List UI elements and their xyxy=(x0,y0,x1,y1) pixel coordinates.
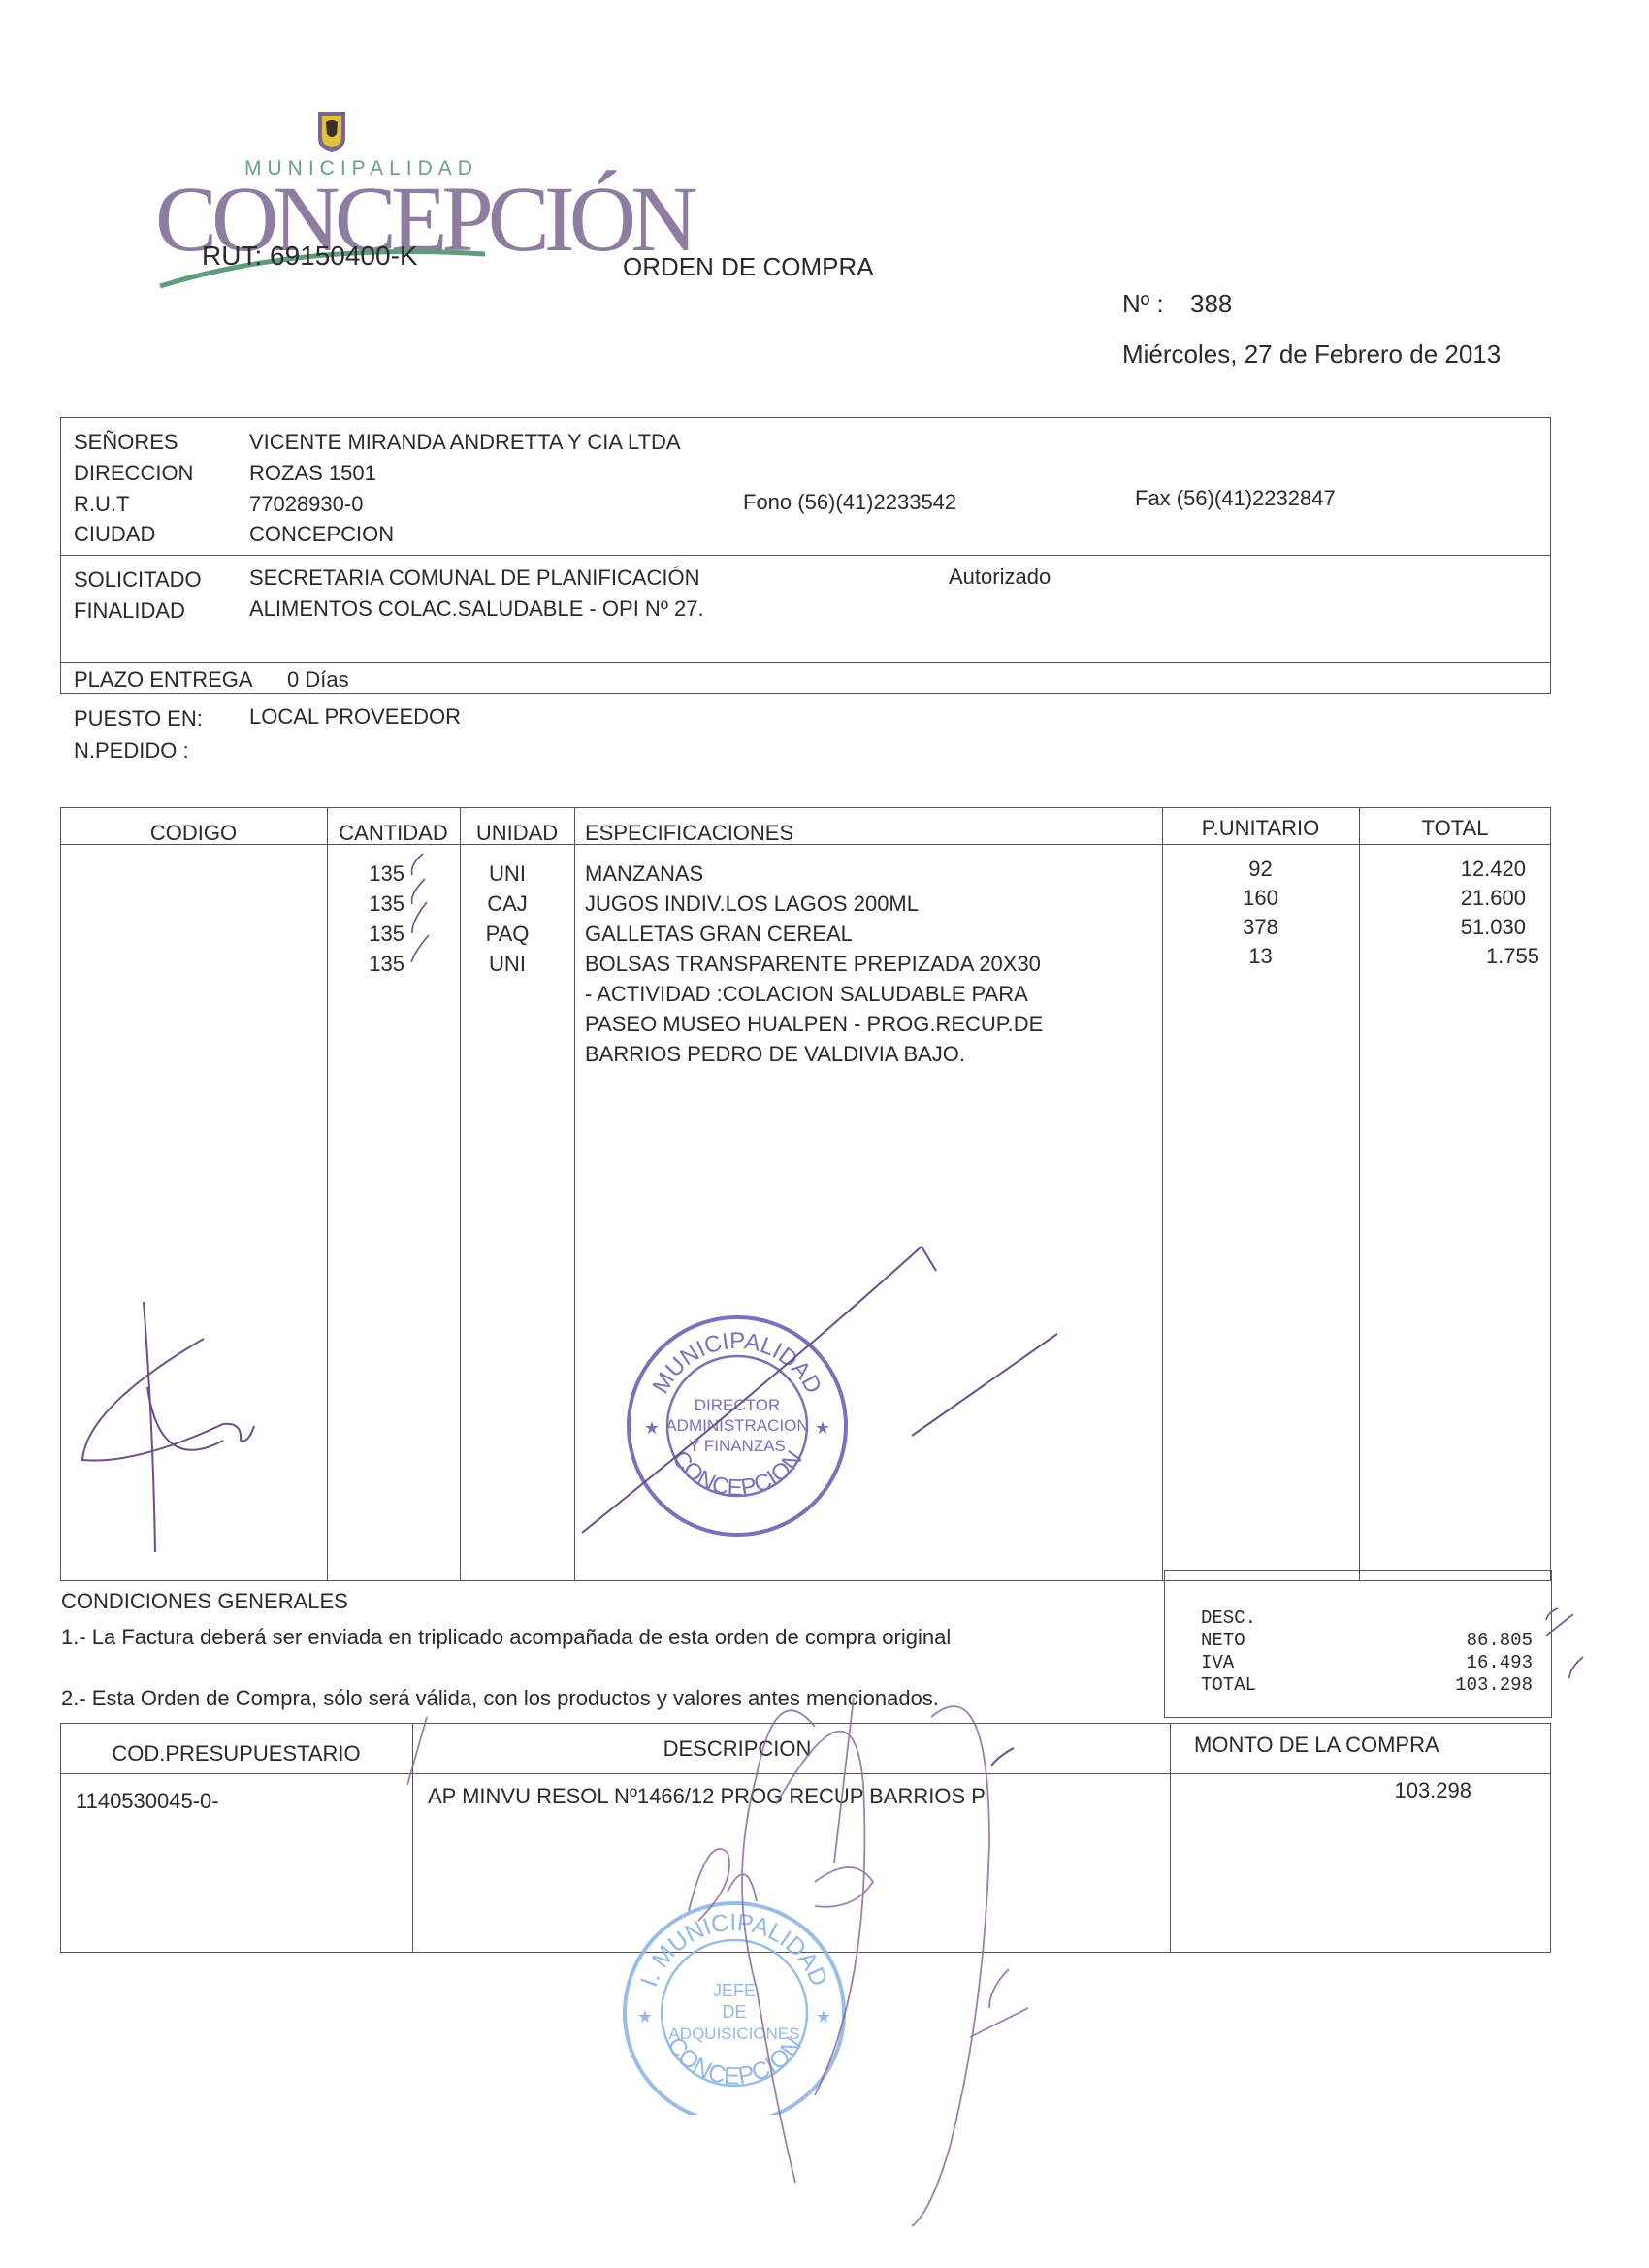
row-cantidad: 135 xyxy=(327,923,404,945)
item-note: - ACTIVIDAD :COLACION SALUDABLE PARA xyxy=(585,984,1028,1005)
check-marks xyxy=(398,844,456,980)
n-pedido-label: N.PEDIDO : xyxy=(74,740,189,761)
item-note: BARRIOS PEDRO DE VALDIVIA BAJO. xyxy=(585,1044,965,1065)
row-unidad: UNI xyxy=(460,863,555,885)
header-divider xyxy=(60,844,1551,845)
row-total: 12.420 xyxy=(1359,859,1526,880)
row-especificacion: JUGOS INDIV.LOS LAGOS 200ML xyxy=(585,893,919,915)
order-number-label: Nº : xyxy=(1122,289,1164,319)
neto-value: 86.805 xyxy=(1339,1630,1533,1651)
header-cantidad: CANTIDAD xyxy=(327,823,460,844)
header-total: TOTAL xyxy=(1359,818,1551,839)
plazo-entrega-value: 0 Días xyxy=(287,669,349,691)
rut-value: 77028930-0 xyxy=(249,494,363,515)
row-p-unitario: 13 xyxy=(1162,946,1359,967)
logo-rut: RUT: 69150400-K xyxy=(202,241,418,272)
totals-check-marks xyxy=(1544,1601,1602,1698)
row-p-unitario: 378 xyxy=(1162,917,1359,938)
neto-label: NETO xyxy=(1201,1630,1245,1651)
conditions-title: CONDICIONES GENERALES xyxy=(61,1591,348,1612)
header-cod-presupuestario: COD.PRESUPUESTARIO xyxy=(60,1743,412,1765)
total-label: TOTAL xyxy=(1201,1674,1256,1696)
fax-value: Fax (56)(41)2232847 xyxy=(1135,488,1336,509)
total-value: 103.298 xyxy=(1339,1674,1533,1696)
row-cantidad: 135 xyxy=(327,863,404,885)
header-codigo: CODIGO xyxy=(60,823,327,844)
header-p-unitario: P.UNITARIO xyxy=(1162,818,1359,839)
row-p-unitario: 92 xyxy=(1162,859,1359,880)
row-p-unitario: 160 xyxy=(1162,888,1359,909)
senores-value: VICENTE MIRANDA ANDRETTA Y CIA LTDA xyxy=(249,432,681,453)
iva-label: IVA xyxy=(1201,1652,1234,1673)
row-cantidad: 135 xyxy=(327,893,404,915)
header-monto: MONTO DE LA COMPRA xyxy=(1194,1734,1439,1756)
desc-label: DESC. xyxy=(1201,1607,1256,1629)
divider xyxy=(60,662,1551,663)
iva-value: 16.493 xyxy=(1339,1652,1533,1673)
condition-item: 1.- La Factura deberá ser enviada en tri… xyxy=(61,1627,951,1648)
row-especificacion: MANZANAS xyxy=(585,863,703,885)
ciudad-value: CONCEPCION xyxy=(249,524,394,545)
finalidad-label: FINALIDAD xyxy=(74,600,185,622)
rut-label: R.U.T xyxy=(74,494,129,515)
direccion-label: DIRECCION xyxy=(74,463,193,484)
solicitado-label: SOLICITADO xyxy=(74,569,202,591)
header-especificaciones: ESPECIFICACIONES xyxy=(585,823,793,844)
order-date: Miércoles, 27 de Febrero de 2013 xyxy=(1122,340,1501,370)
row-cantidad: 135 xyxy=(327,954,404,975)
puesto-en-value: LOCAL PROVEEDOR xyxy=(249,706,461,728)
fono-value: Fono (56)(41)2233542 xyxy=(743,492,956,513)
row-unidad: PAQ xyxy=(460,923,555,945)
solicitado-value: SECRETARIA COMUNAL DE PLANIFICACIÓN xyxy=(249,567,700,589)
order-number-value: 388 xyxy=(1190,289,1232,319)
coat-of-arms-icon xyxy=(317,111,346,153)
handwritten-signature-bottom xyxy=(407,1688,1183,2231)
ciudad-label: CIUDAD xyxy=(74,524,155,545)
autorizado-label: Autorizado xyxy=(949,567,1051,588)
divider xyxy=(60,555,1551,556)
row-total: 21.600 xyxy=(1359,888,1526,909)
row-especificacion: BOLSAS TRANSPARENTE PREPIZADA 20X30 xyxy=(585,954,1041,975)
row-unidad: UNI xyxy=(460,954,555,975)
header-unidad: UNIDAD xyxy=(460,823,574,844)
row-especificacion: GALLETAS GRAN CEREAL xyxy=(585,923,853,945)
budget-monto-value: 103.298 xyxy=(1261,1780,1471,1801)
municipal-logo: MUNICIPALIDAD CONCEPCIÓN RUT: 69150400-K xyxy=(155,107,504,286)
item-note: PASEO MUSEO HUALPEN - PROG.RECUP.DE xyxy=(585,1014,1043,1035)
plazo-entrega-label: PLAZO ENTREGA xyxy=(74,669,253,691)
row-total: 1.755 xyxy=(1359,946,1539,967)
row-total: 51.030 xyxy=(1359,917,1526,938)
row-unidad: CAJ xyxy=(460,893,555,915)
budget-cod-value: 1140530045-0- xyxy=(76,1791,219,1812)
direccion-value: ROZAS 1501 xyxy=(249,463,376,484)
document-title: ORDEN DE COMPRA xyxy=(623,252,874,282)
finalidad-value: ALIMENTOS COLAC.SALUDABLE - OPI Nº 27. xyxy=(249,599,704,620)
senores-label: SEÑORES xyxy=(74,432,178,453)
puesto-en-label: PUESTO EN: xyxy=(74,708,203,729)
handwritten-signatures xyxy=(0,1232,1649,1620)
